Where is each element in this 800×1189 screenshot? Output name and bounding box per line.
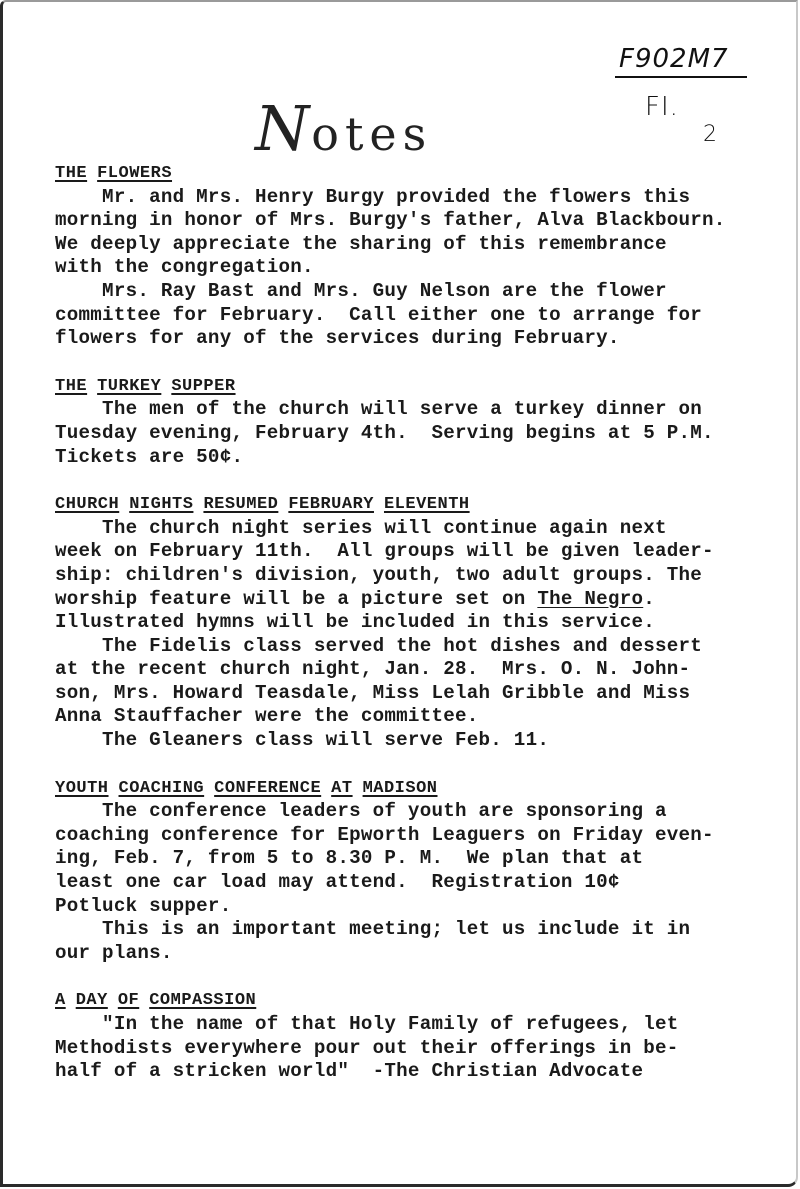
- section-text: The men of the church will serve a turke…: [55, 398, 755, 469]
- heading-word: CHURCH: [55, 495, 119, 514]
- text-line: flowers for any of the services during F…: [55, 327, 755, 351]
- heading-word: A: [55, 991, 66, 1010]
- title-rest: otes: [311, 107, 432, 161]
- heading-word: FEBRUARY: [288, 495, 374, 514]
- heading-word: TURKEY: [97, 377, 161, 396]
- section-heading: THEFLOWERS: [55, 162, 755, 186]
- text-line: committee for February. Call either one …: [55, 304, 755, 328]
- section-church-nights: CHURCHNIGHTSRESUMEDFEBRUARYELEVENTH The …: [55, 493, 755, 753]
- page-title: Notes: [255, 92, 432, 165]
- section-text: The conference leaders of youth are spon…: [55, 800, 755, 965]
- text-line: The church night series will continue ag…: [55, 517, 755, 541]
- title-initial: N: [255, 92, 311, 165]
- section-youth-conference: YOUTHCOACHINGCONFERENCEATMADISON The con…: [55, 777, 755, 966]
- text-line: The Fidelis class served the hot dishes …: [55, 635, 755, 659]
- text-line: Mrs. Ray Bast and Mrs. Guy Nelson are th…: [55, 280, 755, 304]
- page-number: 2: [703, 122, 718, 147]
- heading-word: SUPPER: [171, 377, 235, 396]
- section-heading: ADAYOFCOMPASSION: [55, 989, 755, 1013]
- text-segment: .: [643, 588, 655, 610]
- catalog-subcode: FI.: [645, 92, 679, 122]
- text-line: Mr. and Mrs. Henry Burgy provided the fl…: [55, 186, 755, 210]
- text-line: least one car load may attend. Registrat…: [55, 871, 755, 895]
- section-heading: THETURKEYSUPPER: [55, 375, 755, 399]
- heading-word: RESUMED: [203, 495, 278, 514]
- heading-word: COMPASSION: [149, 991, 256, 1010]
- heading-word: DAY: [76, 991, 108, 1010]
- underlined-title: The Negro: [537, 588, 643, 610]
- text-line: morning in honor of Mrs. Burgy's father,…: [55, 209, 755, 233]
- section-flowers: THEFLOWERS Mr. and Mrs. Henry Burgy prov…: [55, 162, 755, 351]
- text-line: worship feature will be a picture set on…: [55, 588, 755, 612]
- text-line: We deeply appreciate the sharing of this…: [55, 233, 755, 257]
- text-line: son, Mrs. Howard Teasdale, Miss Lelah Gr…: [55, 682, 755, 706]
- text-segment: worship feature will be a picture set on: [55, 588, 537, 610]
- section-turkey-supper: THETURKEYSUPPER The men of the church wi…: [55, 375, 755, 469]
- section-heading: CHURCHNIGHTSRESUMEDFEBRUARYELEVENTH: [55, 493, 755, 517]
- section-text: The church night series will continue ag…: [55, 517, 755, 753]
- text-line: The Gleaners class will serve Feb. 11.: [55, 729, 755, 753]
- heading-word: ELEVENTH: [384, 495, 470, 514]
- text-line: Potluck supper.: [55, 895, 755, 919]
- section-day-of-compassion: ADAYOFCOMPASSION "In the name of that Ho…: [55, 989, 755, 1083]
- text-line: week on February 11th. All groups will b…: [55, 540, 755, 564]
- heading-word: THE: [55, 377, 87, 396]
- text-line: our plans.: [55, 942, 755, 966]
- section-text: Mr. and Mrs. Henry Burgy provided the fl…: [55, 186, 755, 351]
- text-line: Tickets are 50¢.: [55, 446, 755, 470]
- text-line: The men of the church will serve a turke…: [55, 398, 755, 422]
- heading-word: FLOWERS: [97, 164, 172, 183]
- text-line: Methodists everywhere pour out their off…: [55, 1037, 755, 1061]
- notes-body: THEFLOWERS Mr. and Mrs. Henry Burgy prov…: [55, 162, 755, 1084]
- heading-word: THE: [55, 164, 87, 183]
- heading-word: OF: [118, 991, 139, 1010]
- text-line: "In the name of that Holy Family of refu…: [55, 1013, 755, 1037]
- text-line: Anna Stauffacher were the committee.: [55, 705, 755, 729]
- text-line: ing, Feb. 7, from 5 to 8.30 P. M. We pla…: [55, 847, 755, 871]
- heading-word: YOUTH: [55, 779, 109, 798]
- text-line: half of a stricken world" -The Christian…: [55, 1060, 755, 1084]
- text-line: with the congregation.: [55, 256, 755, 280]
- text-line: The conference leaders of youth are spon…: [55, 800, 755, 824]
- heading-word: MADISON: [363, 779, 438, 798]
- heading-word: AT: [331, 779, 352, 798]
- text-line: ship: children's division, youth, two ad…: [55, 564, 755, 588]
- scanned-page: F902M7 FI. 2 Notes THEFLOWERS Mr. and Mr…: [0, 0, 798, 1187]
- text-line: Tuesday evening, February 4th. Serving b…: [55, 422, 755, 446]
- text-line: coaching conference for Epworth Leaguers…: [55, 824, 755, 848]
- text-line: This is an important meeting; let us inc…: [55, 918, 755, 942]
- section-text: "In the name of that Holy Family of refu…: [55, 1013, 755, 1084]
- heading-word: NIGHTS: [129, 495, 193, 514]
- section-heading: YOUTHCOACHINGCONFERENCEATMADISON: [55, 777, 755, 801]
- heading-word: COACHING: [119, 779, 205, 798]
- text-line: at the recent church night, Jan. 28. Mrs…: [55, 658, 755, 682]
- heading-word: CONFERENCE: [214, 779, 321, 798]
- text-line: Illustrated hymns will be included in th…: [55, 611, 755, 635]
- catalog-code: F902M7: [615, 44, 747, 78]
